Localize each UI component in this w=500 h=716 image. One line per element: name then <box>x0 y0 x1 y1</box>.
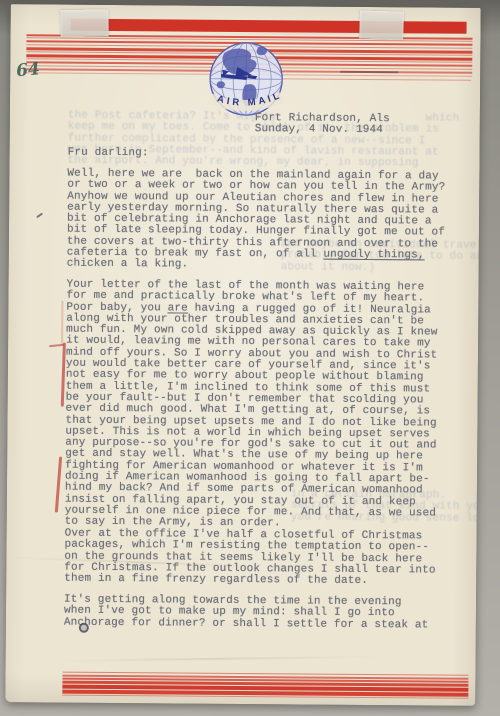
letter-paragraph: Well, here we are back on the mainland a… <box>67 169 446 274</box>
tape-top-left <box>60 10 108 37</box>
typed-line: Fru darling: <box>68 148 149 160</box>
typed-line: Anchorage for dinner? or shall I settle … <box>64 617 429 631</box>
typed-line: Sunday, 4 Nov. 1944 <box>255 124 390 136</box>
scan-background: AIR MAIL 64 the Post cafeteria? It's mig… <box>0 0 500 716</box>
salutation: Fru darling: <box>68 148 149 160</box>
paper-crease <box>53 656 382 662</box>
underlined-text: are <box>168 302 188 314</box>
letter-paragraph: It's getting along towards the time in t… <box>64 595 429 632</box>
overstrike-mark <box>79 623 89 633</box>
margin-pencil-mark <box>61 301 63 345</box>
letter-page: AIR MAIL 64 the Post cafeteria? It's mig… <box>5 4 480 706</box>
letterhead-fineprint <box>340 71 398 73</box>
page-number-annotation: 64 <box>15 59 40 81</box>
tape-top-right <box>359 10 404 39</box>
letter-paragraph: Over at the office I've half a closetful… <box>64 529 436 588</box>
underlined-text: ungodly things, <box>323 249 424 262</box>
margin-check-mark <box>36 213 43 219</box>
margin-pencil-mark <box>55 457 62 513</box>
dateline: Fort Richardson, AlsSunday, 4 Nov. 1944 <box>255 113 390 137</box>
letter-paragraph: Your letter of the last of the month was… <box>65 280 438 531</box>
